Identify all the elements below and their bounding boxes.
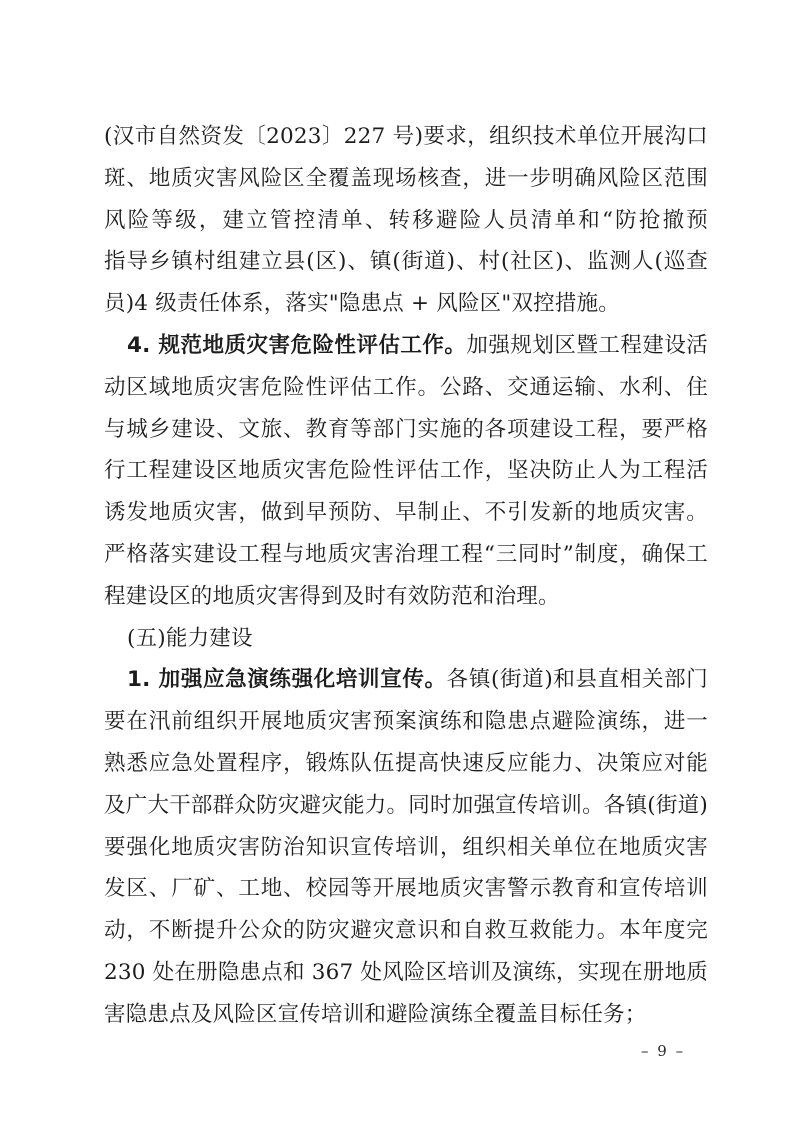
- line-text: 与城乡建设、文旅、教育等部门实施的各项建设工程，要严格执: [104, 417, 708, 451]
- text-line: 害隐患点及风险区宣传培训和避险演练全覆盖目标任务；: [104, 994, 708, 1036]
- text-line: 4. 规范地质灾害危险性评估工作。加强规划区暨工程建设活: [104, 325, 708, 367]
- text-line: 员)4 级责任体系，落实"隐患点 + 风险区"双控措施。: [104, 283, 708, 325]
- paragraph-bold-lead: 4. 规范地质灾害危险性评估工作。: [127, 333, 466, 358]
- line-text: (五)能力建设: [127, 626, 253, 651]
- paragraph-bold-lead: 1. 加强应急演练强化培训宣传。: [127, 667, 447, 692]
- text-line: 发区、厂矿、工地、校园等开展地质灾害警示教育和宣传培训活: [104, 868, 708, 910]
- page-number: – 9 –: [641, 1042, 685, 1060]
- text-line: 风险等级，建立管控清单、转移避险人员清单和“防抢撤预案”，: [104, 200, 708, 242]
- line-text: 诱发地质灾害，做到早预防、早制止、不引发新的地质灾害。并: [104, 500, 708, 534]
- text-line: 诱发地质灾害，做到早预防、早制止、不引发新的地质灾害。并: [104, 492, 708, 534]
- text-line: 及广大干部群众防灾避灾能力。同时加强宣传培训。各镇(街道): [104, 785, 708, 827]
- line-text: 各镇(街道)和县直相关部门: [447, 667, 708, 692]
- line-text: 要在汛前组织开展地质灾害预案演练和隐患点避险演练，进一步: [104, 709, 708, 743]
- text-line: 230 处在册隐患点和 367 处风险区培训及演练，实现在册地质灾: [104, 952, 708, 994]
- text-line: 与城乡建设、文旅、教育等部门实施的各项建设工程，要严格执: [104, 409, 708, 451]
- line-text: 要强化地质灾害防治知识宣传培训，组织相关单位在地质灾害易: [104, 835, 708, 869]
- line-text: 员)4 级责任体系，落实"隐患点 + 风险区"双控措施。: [104, 291, 620, 316]
- text-line: (五)能力建设: [104, 618, 708, 660]
- line-text: 行工程建设区地质灾害危险性评估工作，坚决防止人为工程活动: [104, 458, 708, 492]
- text-block: (汉市自然资发〔2023〕227 号)要求，组织技术单位开展沟口图斑、地质灾害风…: [104, 116, 708, 1036]
- line-text: 及广大干部群众防灾避灾能力。同时加强宣传培训。各镇(街道): [104, 793, 708, 818]
- line-text: 动区域地质灾害危险性评估工作。公路、交通运输、水利、住房: [104, 375, 708, 409]
- text-line: 动区域地质灾害危险性评估工作。公路、交通运输、水利、住房: [104, 367, 708, 409]
- line-text: 230 处在册隐患点和 367 处风险区培训及演练，实现在册地质灾: [104, 960, 708, 994]
- document-page: (汉市自然资发〔2023〕227 号)要求，组织技术单位开展沟口图斑、地质灾害风…: [0, 0, 793, 1122]
- text-line: 斑、地质灾害风险区全覆盖现场核查，进一步明确风险区范围和: [104, 158, 708, 200]
- text-line: (汉市自然资发〔2023〕227 号)要求，组织技术单位开展沟口图: [104, 116, 708, 158]
- line-text: 发区、厂矿、工地、校园等开展地质灾害警示教育和宣传培训活: [104, 876, 708, 910]
- line-text: 熟悉应急处置程序，锻炼队伍提高快速反应能力、决策应对能力: [104, 751, 708, 785]
- text-line: 动，不断提升公众的防灾避灾意识和自救互救能力。本年度完成: [104, 910, 708, 952]
- line-text: (汉市自然资发〔2023〕227 号)要求，组织技术单位开展沟口图: [104, 124, 708, 158]
- line-text: 斑、地质灾害风险区全覆盖现场核查，进一步明确风险区范围和: [104, 166, 708, 200]
- text-line: 行工程建设区地质灾害危险性评估工作，坚决防止人为工程活动: [104, 450, 708, 492]
- line-text: 加强规划区暨工程建设活: [466, 333, 708, 358]
- line-text: 程建设区的地质灾害得到及时有效防范和治理。: [104, 584, 560, 609]
- line-text: 害隐患点及风险区宣传培训和避险演练全覆盖目标任务；: [104, 1002, 647, 1027]
- line-text: 指导乡镇村组建立县(区)、镇(街道)、村(社区)、监测人(巡查: [104, 249, 708, 274]
- text-line: 熟悉应急处置程序，锻炼队伍提高快速反应能力、决策应对能力: [104, 743, 708, 785]
- line-text: 严格落实建设工程与地质灾害治理工程“三同时”制度，确保工: [104, 542, 708, 567]
- text-line: 要在汛前组织开展地质灾害预案演练和隐患点避险演练，进一步: [104, 701, 708, 743]
- text-line: 指导乡镇村组建立县(区)、镇(街道)、村(社区)、监测人(巡查: [104, 241, 708, 283]
- line-text: 风险等级，建立管控清单、转移避险人员清单和“防抢撤预案”，: [104, 208, 708, 242]
- text-line: 程建设区的地质灾害得到及时有效防范和治理。: [104, 576, 708, 618]
- text-line: 严格落实建设工程与地质灾害治理工程“三同时”制度，确保工: [104, 534, 708, 576]
- line-text: 动，不断提升公众的防灾避灾意识和自救互救能力。本年度完成: [104, 918, 708, 952]
- text-line: 1. 加强应急演练强化培训宣传。各镇(街道)和县直相关部门: [104, 659, 708, 701]
- text-line: 要强化地质灾害防治知识宣传培训，组织相关单位在地质灾害易: [104, 827, 708, 869]
